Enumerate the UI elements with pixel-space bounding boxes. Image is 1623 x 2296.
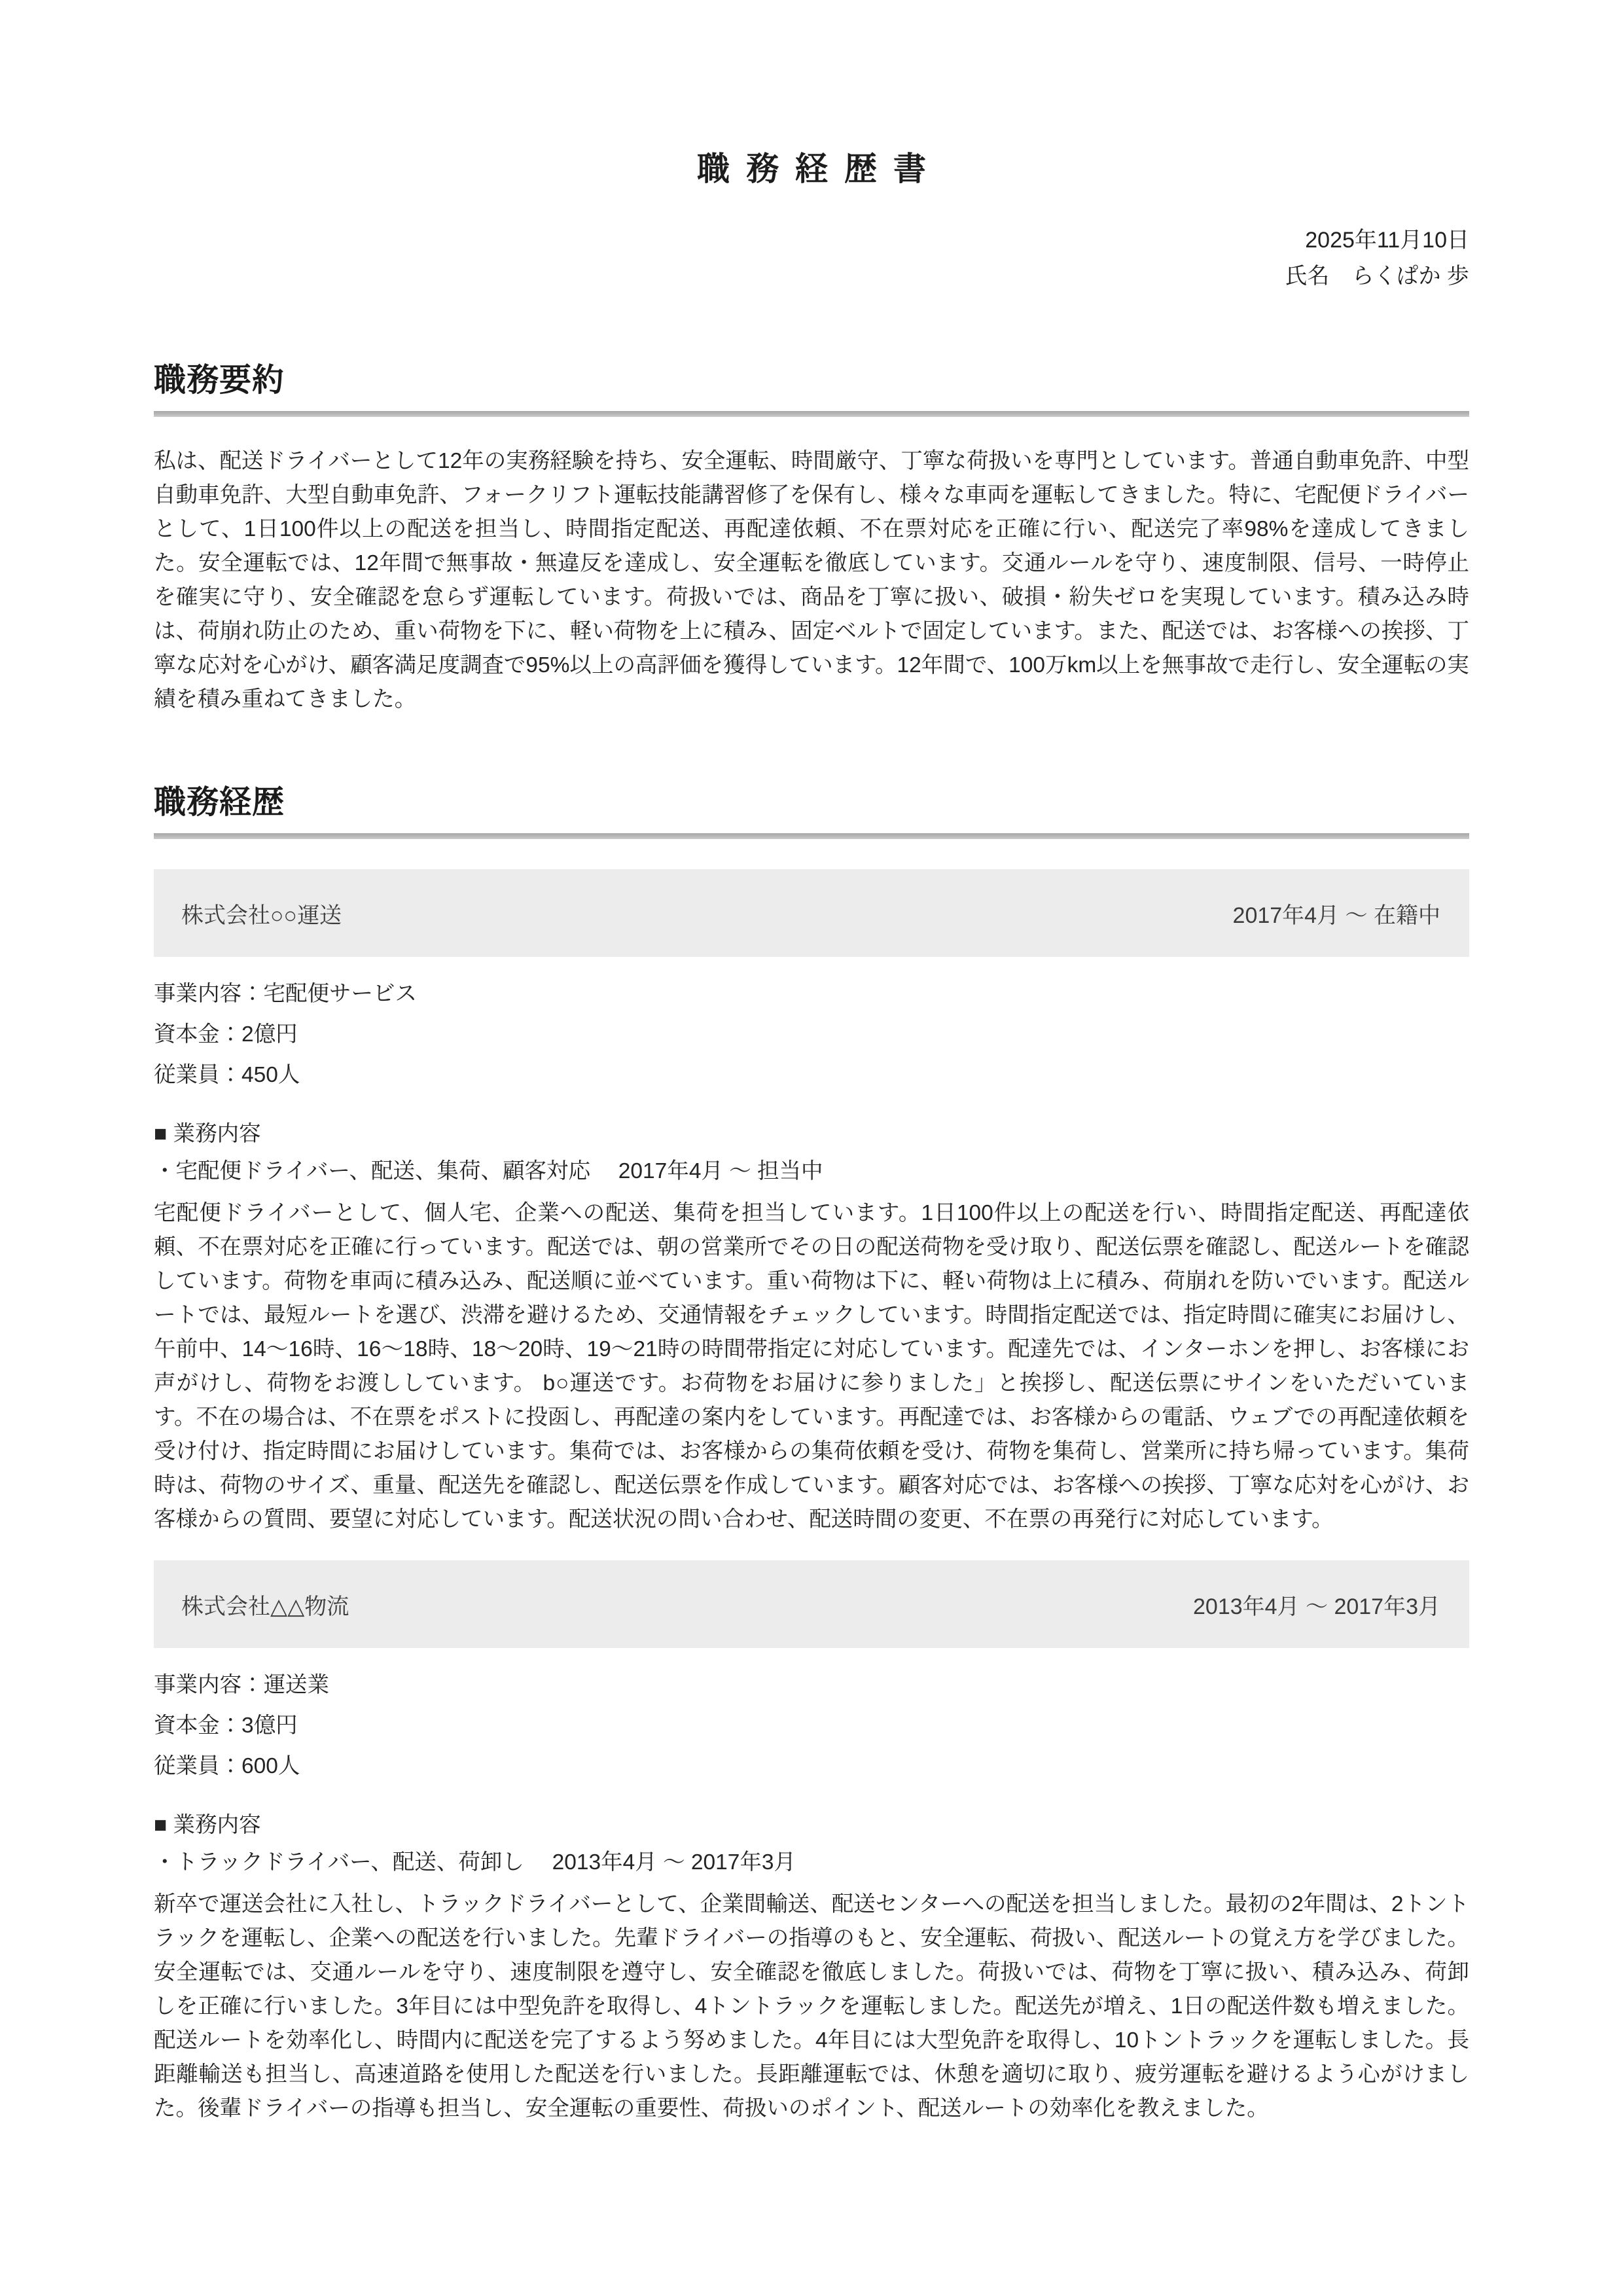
duties-role: ・宅配便ドライバー、配送、集荷、顧客対応 2017年4月 〜 担当中 [154,1155,1469,1189]
applicant-name: 氏名 らくぱか 歩 [154,259,1469,295]
section-heading-summary: 職務要約 [154,355,1469,401]
history-heading-rule [154,833,1469,839]
meta-block: 2025年11月10日 氏名 らくぱか 歩 [154,223,1469,295]
company-card: 株式会社△△物流 2013年4月 〜 2017年3月 [154,1560,1469,1648]
company-name: 株式会社△△物流 [181,1588,349,1621]
company-period: 2013年4月 〜 2017年3月 [1193,1588,1440,1621]
duties-heading: ■ 業務内容 [154,1810,1469,1840]
company-info: 事業内容：宅配便サービス 資本金：2億円 従業員：450人 [154,974,1469,1096]
company-card: 株式会社○○運送 2017年4月 〜 在籍中 [154,869,1469,957]
company-capital: 資本金：2億円 [154,1014,1469,1055]
duties-heading: ■ 業務内容 [154,1119,1469,1149]
resume-page: 職務経歴書 2025年11月10日 氏名 らくぱか 歩 職務要約 私は、配送ドラ… [0,0,1623,2296]
summary-heading-rule [154,411,1469,417]
document-title: 職務経歴書 [154,0,1469,190]
company-period: 2017年4月 〜 在籍中 [1233,897,1440,929]
summary-paragraph: 私は、配送ドライバーとして12年の実務経験を持ち、安全運転、時間厳守、丁寧な荷扱… [154,444,1469,717]
document-date: 2025年11月10日 [154,223,1469,259]
company-name: 株式会社○○運送 [181,897,342,929]
duties-role: ・トラックドライバー、配送、荷卸し 2013年4月 〜 2017年3月 [154,1846,1469,1880]
company-employees: 従業員：450人 [154,1055,1469,1096]
company-business: 事業内容：運送業 [154,1665,1469,1706]
section-heading-history: 職務経歴 [154,777,1469,823]
company-business: 事業内容：宅配便サービス [154,974,1469,1014]
company-capital: 資本金：3億円 [154,1706,1469,1746]
duties-detail: 宅配便ドライバーとして、個人宅、企業への配送、集荷を担当しています。1日100件… [154,1196,1469,1537]
duties-detail: 新卒で運送会社に入社し、トラックドライバーとして、企業間輸送、配送センターへの配… [154,1888,1469,2126]
company-employees: 従業員：600人 [154,1746,1469,1787]
company-info: 事業内容：運送業 資本金：3億円 従業員：600人 [154,1665,1469,1787]
